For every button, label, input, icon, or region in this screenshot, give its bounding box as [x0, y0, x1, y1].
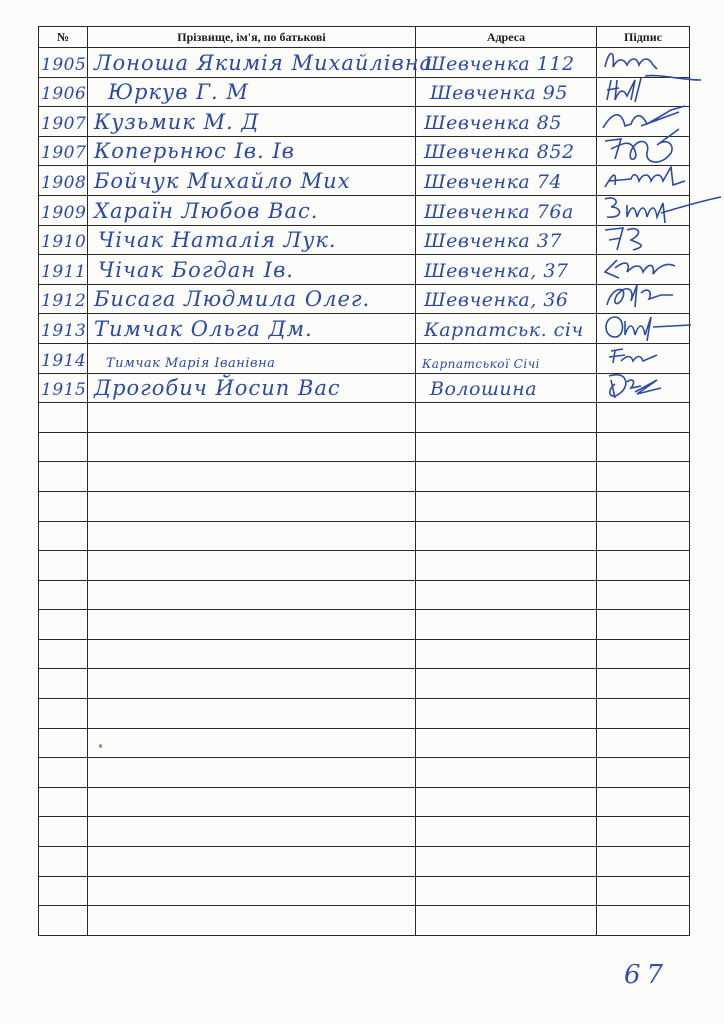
cell-number [39, 876, 88, 906]
cell-address: Шевченка 76а [416, 195, 597, 225]
cell-number: 1914 [39, 343, 88, 373]
cell-full-name [88, 728, 416, 758]
header-number: № [39, 27, 88, 48]
cell-full-name: Кузьмик М. Д [88, 107, 416, 137]
cell-signature [597, 758, 690, 788]
cell-signature [597, 195, 690, 225]
table-row-blank [39, 432, 690, 462]
cell-full-name: Чічак Наталія Лук. [88, 225, 416, 255]
table-row-blank [39, 639, 690, 669]
cell-full-name [88, 610, 416, 640]
cell-full-name [88, 403, 416, 433]
cell-signature [597, 639, 690, 669]
cell-signature [597, 491, 690, 521]
cell-signature [597, 817, 690, 847]
cell-full-name [88, 876, 416, 906]
cell-number [39, 758, 88, 788]
handwritten-signature-icon [601, 74, 681, 104]
table-row-blank [39, 787, 690, 817]
handwritten-signature-icon [601, 311, 681, 341]
cell-signature [597, 255, 690, 285]
cell-signature [597, 787, 690, 817]
cell-number: 1905 [39, 48, 88, 78]
cell-number [39, 610, 88, 640]
table-row-blank [39, 728, 690, 758]
cell-number [39, 521, 88, 551]
cell-number [39, 699, 88, 729]
cell-address: Шевченка 85 [416, 107, 597, 137]
cell-number: 1908 [39, 166, 88, 196]
handwritten-signature-icon [601, 370, 681, 400]
handwritten-signature-icon [601, 341, 681, 371]
cell-signature [597, 77, 690, 107]
cell-address: Шевченка 112 [416, 48, 597, 78]
table-row-blank [39, 699, 690, 729]
table-row: 1907 Кузьмик М. Д Шевченка 85 [39, 107, 690, 137]
cell-full-name [88, 432, 416, 462]
cell-number [39, 728, 88, 758]
cell-signature [597, 906, 690, 936]
table-row: 1908 Бойчук Михайло Мих Шевченка 74 [39, 166, 690, 196]
cell-full-name: Дрогобич Йосип Вас [88, 373, 416, 403]
handwritten-signature-icon [601, 163, 681, 193]
cell-signature [597, 314, 690, 344]
table-row: 1909 Хараїн Любов Вас. Шевченка 76а [39, 195, 690, 225]
cell-number [39, 847, 88, 877]
table-row-blank [39, 610, 690, 640]
cell-signature [597, 432, 690, 462]
cell-full-name: Бойчук Михайло Мих [88, 166, 416, 196]
cell-signature [597, 373, 690, 403]
table-row-blank [39, 403, 690, 433]
cell-address [416, 639, 597, 669]
cell-number [39, 462, 88, 492]
cell-address: Волошина [416, 373, 597, 403]
handwritten-signature-icon [601, 104, 681, 134]
cell-signature [597, 403, 690, 433]
cell-full-name [88, 758, 416, 788]
cell-signature [597, 284, 690, 314]
cell-number [39, 432, 88, 462]
cell-address [416, 403, 597, 433]
cell-address [416, 787, 597, 817]
cell-address: Карпатськ. січ [416, 314, 597, 344]
cell-full-name [88, 669, 416, 699]
handwritten-signature-icon [601, 252, 681, 282]
cell-full-name [88, 639, 416, 669]
cell-signature [597, 462, 690, 492]
cell-signature [597, 136, 690, 166]
cell-address: Шевченка, 36 [416, 284, 597, 314]
table-row-blank [39, 876, 690, 906]
cell-full-name: Тимчак Марія Іванівна [88, 343, 416, 373]
cell-signature [597, 343, 690, 373]
cell-address [416, 906, 597, 936]
cell-full-name [88, 906, 416, 936]
table-row-blank [39, 491, 690, 521]
handwritten-signature-icon [601, 222, 681, 252]
table-row: 1907 Коперьнюс Ів. Ів Шевченка 852 [39, 136, 690, 166]
cell-address [416, 491, 597, 521]
table-row: 1905 Лоноша Якимія Михайлівна Шевченка 1… [39, 48, 690, 78]
cell-full-name: Хараїн Любов Вас. [88, 195, 416, 225]
cell-full-name [88, 462, 416, 492]
table-row: 1914 Тимчак Марія Іванівна Карпатської С… [39, 343, 690, 373]
cell-signature [597, 521, 690, 551]
table-row-blank [39, 817, 690, 847]
cell-number: 1906 [39, 77, 88, 107]
cell-number: 1910 [39, 225, 88, 255]
cell-number: 1911 [39, 255, 88, 285]
table-row: 1915 Дрогобич Йосип Вас Волошина [39, 373, 690, 403]
table-row-blank [39, 758, 690, 788]
signature-ledger-table: № Прізвище, ім'я, по батькові Адреса Під… [38, 26, 690, 936]
cell-signature [597, 699, 690, 729]
handwritten-signature-icon [601, 45, 681, 75]
cell-full-name [88, 491, 416, 521]
cell-number [39, 551, 88, 581]
cell-signature [597, 610, 690, 640]
cell-full-name [88, 787, 416, 817]
cell-full-name [88, 580, 416, 610]
cell-address: Карпатської Січі [416, 343, 597, 373]
cell-signature [597, 669, 690, 699]
cell-number [39, 906, 88, 936]
cell-address [416, 758, 597, 788]
cell-full-name: Тимчак Ольга Дм. [88, 314, 416, 344]
cell-address: Шевченка, 37 [416, 255, 597, 285]
cell-number: 1907 [39, 107, 88, 137]
table-row-blank [39, 669, 690, 699]
cell-number [39, 817, 88, 847]
cell-address: Шевченка 95 [416, 77, 597, 107]
cell-address [416, 580, 597, 610]
cell-full-name: Лоноша Якимія Михайлівна [88, 48, 416, 78]
table-row-blank [39, 580, 690, 610]
cell-address: Шевченка 852 [416, 136, 597, 166]
cell-signature [597, 876, 690, 906]
cell-signature [597, 48, 690, 78]
table-row: 1911 Чічак Богдан Ів. Шевченка, 37 [39, 255, 690, 285]
cell-address [416, 699, 597, 729]
cell-number: 1915 [39, 373, 88, 403]
cell-full-name: Чічак Богдан Ів. [88, 255, 416, 285]
table-header-row: № Прізвище, ім'я, по батькові Адреса Під… [39, 27, 690, 48]
cell-number [39, 639, 88, 669]
cell-full-name: Юркув Г. М [88, 77, 416, 107]
cell-address [416, 817, 597, 847]
table-row-blank [39, 847, 690, 877]
table-row-blank [39, 462, 690, 492]
cell-address: Шевченка 74 [416, 166, 597, 196]
ledger-body: 1905 Лоноша Якимія Михайлівна Шевченка 1… [39, 48, 690, 936]
cell-signature [597, 225, 690, 255]
cell-number: 1907 [39, 136, 88, 166]
cell-full-name: Коперьнюс Ів. Ів [88, 136, 416, 166]
cell-address [416, 876, 597, 906]
cell-signature [597, 551, 690, 581]
cell-address [416, 551, 597, 581]
table-row: 1906 Юркув Г. М Шевченка 95 [39, 77, 690, 107]
cell-full-name [88, 817, 416, 847]
cell-full-name: Бисага Людмила Олег. [88, 284, 416, 314]
cell-signature [597, 847, 690, 877]
cell-signature [597, 166, 690, 196]
handwritten-signature-icon [601, 281, 681, 311]
ink-speck [99, 744, 102, 748]
cell-number: 1909 [39, 195, 88, 225]
table-row-blank [39, 521, 690, 551]
table-row-blank [39, 906, 690, 936]
cell-full-name [88, 521, 416, 551]
cell-full-name [88, 551, 416, 581]
table-row: 1913 Тимчак Ольга Дм. Карпатськ. січ [39, 314, 690, 344]
cell-signature [597, 580, 690, 610]
cell-address [416, 610, 597, 640]
cell-number [39, 403, 88, 433]
handwritten-signature-icon [601, 133, 681, 163]
table-row: 1912 Бисага Людмила Олег. Шевченка, 36 [39, 284, 690, 314]
header-full-name: Прізвище, ім'я, по батькові [88, 27, 416, 48]
page-number: 67 [624, 960, 669, 990]
cell-number [39, 580, 88, 610]
cell-address [416, 728, 597, 758]
cell-number: 1912 [39, 284, 88, 314]
cell-signature [597, 728, 690, 758]
cell-address [416, 521, 597, 551]
cell-address [416, 432, 597, 462]
cell-address [416, 847, 597, 877]
cell-number [39, 787, 88, 817]
cell-address [416, 462, 597, 492]
cell-full-name [88, 847, 416, 877]
cell-address: Шевченка 37 [416, 225, 597, 255]
handwritten-signature-icon [601, 193, 681, 223]
cell-number [39, 491, 88, 521]
table-row: 1910 Чічак Наталія Лук. Шевченка 37 [39, 225, 690, 255]
cell-full-name [88, 699, 416, 729]
cell-number [39, 669, 88, 699]
header-address: Адреса [416, 27, 597, 48]
cell-address [416, 669, 597, 699]
ledger-page: № Прізвище, ім'я, по батькові Адреса Під… [0, 0, 724, 1024]
table-row-blank [39, 551, 690, 581]
cell-number: 1913 [39, 314, 88, 344]
